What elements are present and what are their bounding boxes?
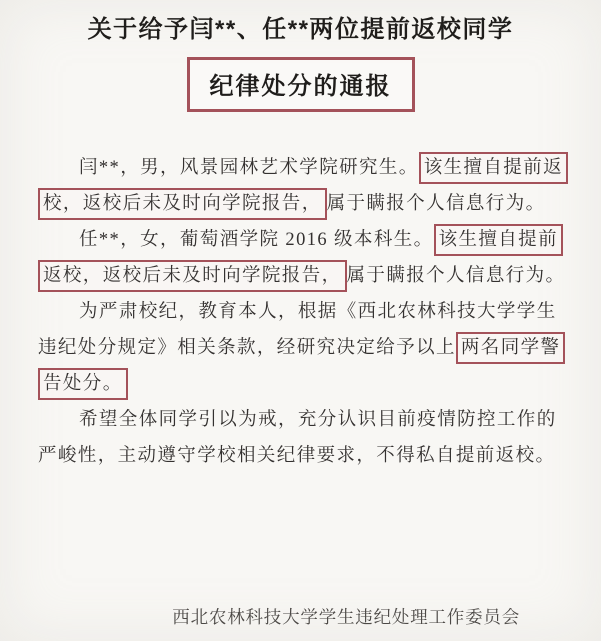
highlight-boxed-text: 该生擅自提前 [434, 224, 563, 256]
document-line: 违纪处分规定》相关条款，经研究决定给予以上两名同学警 [38, 330, 563, 366]
highlight-boxed-text: 返校，返校后未及时向学院报告， [38, 260, 347, 292]
document-line: 告处分。 [38, 366, 563, 402]
highlight-boxed-text: 校，返校后未及时向学院报告， [38, 188, 327, 220]
signature-committee: 西北农林科技大学学生违纪处理工作委员会 [172, 604, 520, 629]
document-body: 闫**，男，风景园林艺术学院研究生。该生擅自提前返校，返校后未及时向学院报告，属… [0, 150, 601, 474]
body-text-segment: 严峻性，主动遵守学校相关纪律要求，不得私自提前返校。 [38, 446, 555, 466]
highlight-boxed-text: 两名同学警 [456, 332, 566, 364]
body-text-segment: 属于瞒报个人信息行为。 [327, 194, 546, 214]
highlight-boxed-text: 告处分。 [38, 368, 128, 400]
notice-title-line-2-wrap: 纪律处分的通报 [0, 57, 601, 112]
highlight-boxed-text: 该生擅自提前返 [419, 152, 568, 184]
title-highlight-box: 纪律处分的通报 [187, 57, 415, 112]
document-line: 希望全体同学引以为戒，充分认识目前疫情防控工作的 [38, 402, 563, 438]
document-line: 为严肃校纪，教育本人，根据《西北农林科技大学学生 [38, 294, 563, 330]
scanned-notice-page: 关于给予闫**、任**两位提前返校同学 纪律处分的通报 闫**，男，风景园林艺术… [0, 0, 601, 641]
document-line: 严峻性，主动遵守学校相关纪律要求，不得私自提前返校。 [38, 438, 563, 474]
body-text-segment: 为严肃校纪，教育本人，根据《西北农林科技大学学生 [79, 302, 557, 322]
document-line: 任**，女，葡萄酒学院 2016 级本科生。该生擅自提前 [38, 222, 563, 258]
notice-title-line-1: 关于给予闫**、任**两位提前返校同学 [0, 0, 601, 45]
body-text-segment: 违纪处分规定》相关条款，经研究决定给予以上 [38, 338, 456, 358]
body-text-segment: 任**，女，葡萄酒学院 2016 级本科生。 [79, 230, 434, 250]
document-line: 闫**，男，风景园林艺术学院研究生。该生擅自提前返 [38, 150, 563, 186]
body-text-segment: 闫**，男，风景园林艺术学院研究生。 [79, 158, 419, 178]
document-line: 校，返校后未及时向学院报告，属于瞒报个人信息行为。 [38, 186, 563, 222]
body-text-segment: 属于瞒报个人信息行为。 [347, 266, 566, 286]
document-line: 返校，返校后未及时向学院报告，属于瞒报个人信息行为。 [38, 258, 563, 294]
body-text-segment: 希望全体同学引以为戒，充分认识目前疫情防控工作的 [79, 410, 557, 430]
